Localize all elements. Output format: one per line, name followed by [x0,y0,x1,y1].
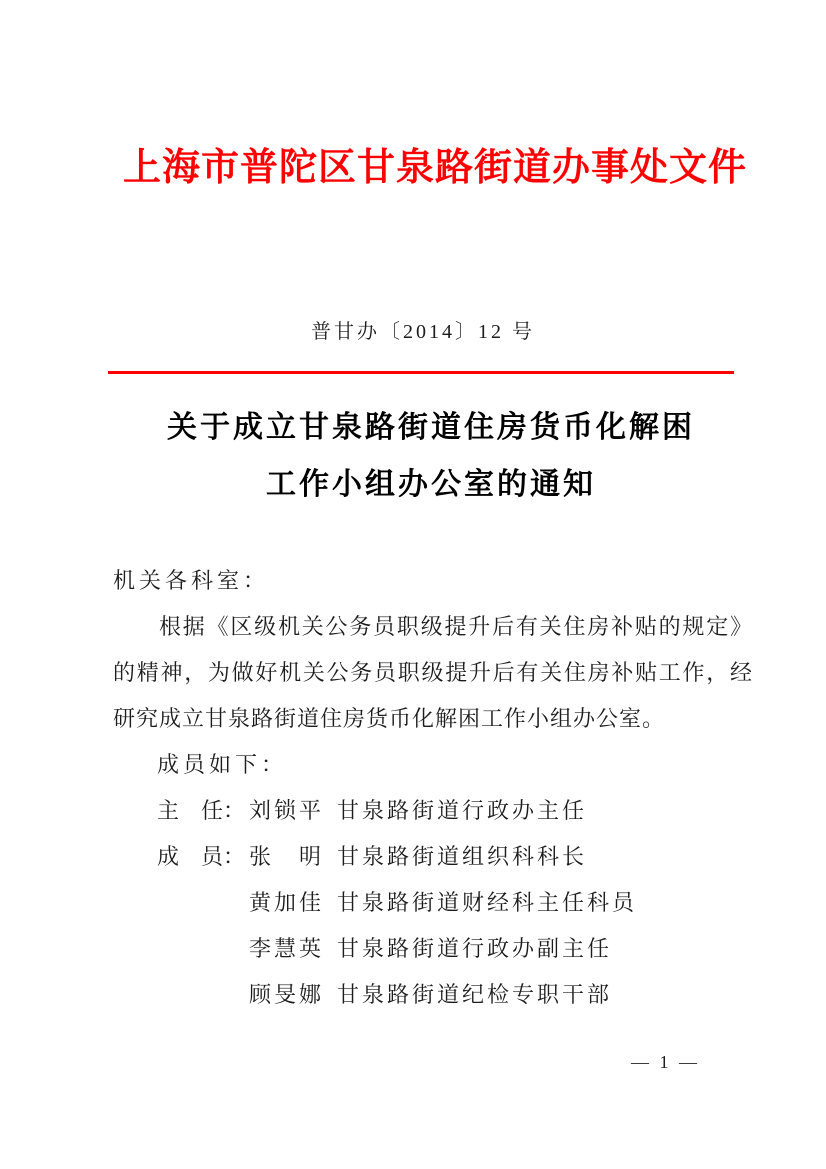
member-name: 李慧英 [249,926,337,972]
document-title-line1: 关于成立甘泉路街道住房货币化解困 [18,399,826,456]
document-number: 普甘办〔2014〕12 号 [10,315,826,344]
members-intro: 成员如下： [113,742,753,788]
member-title: 甘泉路街道行政办副主任 [337,926,612,972]
member-row: 李慧英 甘泉路街道行政办副主任 [157,926,753,972]
body-paragraph: 根据《区级机关公务员职级提升后有关住房补贴的规定》的精神，为做好机关公务员职级提… [113,604,753,742]
member-name: 黄加佳 [249,880,337,926]
document-page: 上海市普陀区甘泉路街道办事处文件 普甘办〔2014〕12 号 关于成立甘泉路街道… [0,0,826,1169]
red-separator-line [108,371,734,374]
document-title-line2: 工作小组办公室的通知 [18,456,826,513]
member-row: 黄加佳 甘泉路街道财经科主任科员 [157,880,753,926]
member-row: 主 任： 刘锁平 甘泉路街道行政办主任 [157,788,753,834]
member-name: 张 明 [249,834,337,880]
page-number: — 1 — [631,1052,700,1073]
member-role: 成 员： [157,834,249,880]
member-title: 甘泉路街道组织科科长 [337,834,587,880]
member-name: 顾旻娜 [249,972,337,1018]
member-title: 甘泉路街道行政办主任 [337,788,587,834]
member-role: 主 任： [157,788,249,834]
document-header-title: 上海市普陀区甘泉路街道办事处文件 [22,136,826,191]
member-title: 甘泉路街道财经科主任科员 [337,880,637,926]
member-name: 刘锁平 [249,788,337,834]
salutation: 机关各科室： [113,558,753,604]
member-title: 甘泉路街道纪检专职干部 [337,972,612,1018]
document-title: 关于成立甘泉路街道住房货币化解困 工作小组办公室的通知 [18,399,826,513]
member-row: 成 员： 张 明 甘泉路街道组织科科长 [157,834,753,880]
member-row: 顾旻娜 甘泉路街道纪检专职干部 [157,972,753,1018]
document-body: 机关各科室： 根据《区级机关公务员职级提升后有关住房补贴的规定》的精神，为做好机… [113,558,753,1018]
